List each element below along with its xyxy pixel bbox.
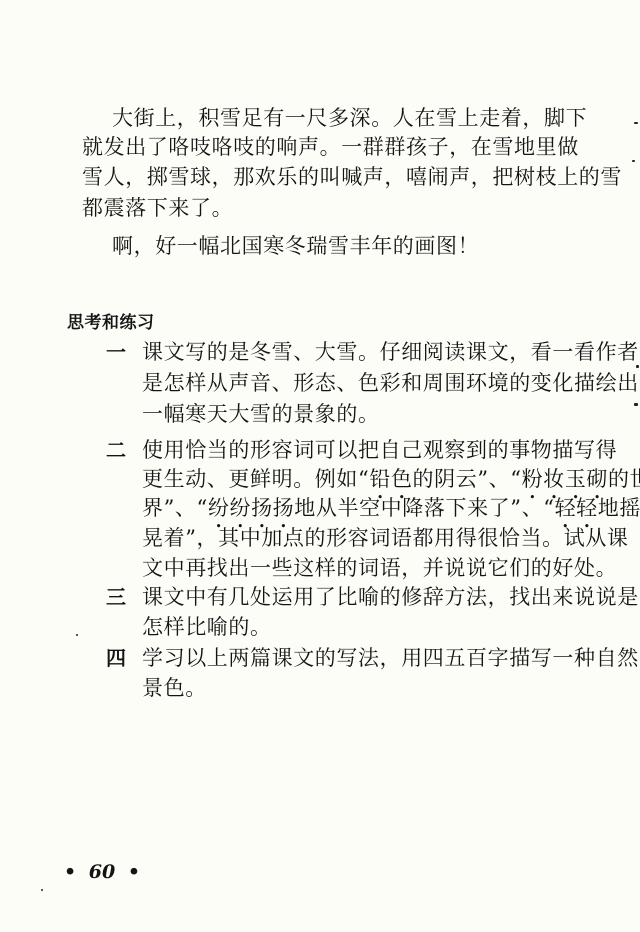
scan-speck <box>634 403 638 406</box>
exercise-line: 课文写的是冬雪、大雪。仔细阅读课文，看一看作者 <box>142 339 554 365</box>
page-number-value: 60 <box>89 861 115 883</box>
exercise-line: 是怎样从声音、形态、色彩和周围环境的变化描绘出 <box>142 370 554 396</box>
emphasized-word: 纷纷扬扬 <box>208 496 294 520</box>
passage-line: 雪人，掷雪球，那欢乐的叫喊声，嘻闹声，把树枝上的雪 <box>82 164 554 190</box>
emphasized-word: 轻轻 <box>555 496 598 520</box>
text-run: 的世 <box>608 467 640 491</box>
exercise-line: 一幅寒天大雪的景象的。 <box>142 401 380 427</box>
scan-speck <box>632 160 635 162</box>
exercise-line: 文中再找出一些这样的词语，并说说它们的好处。 <box>142 555 617 581</box>
text-run: 更生动、更鲜明。例如“ <box>142 467 369 491</box>
text-run: 的阴云”、“ <box>413 467 522 491</box>
textbook-page: 大街上，积雪足有一尺多深。人在雪上走着，脚下 就发出了咯吱咯吱的响声。一群群孩子… <box>0 0 640 932</box>
exercise-line: 学习以上两篇课文的写法，用四五百字描写一种自然 <box>142 645 554 671</box>
exercise-numeral: 二 <box>106 437 134 463</box>
emphasized-word: 粉妆玉砌 <box>522 467 608 491</box>
exercise-numeral: 一 <box>106 339 134 365</box>
page-number: • 60 • <box>64 860 140 884</box>
scan-speck <box>41 889 43 891</box>
exercise-line: 晃着”，其中加点的形容词语都用得很恰当。试从课 <box>142 525 554 551</box>
exercise-numeral: 四 <box>106 645 134 671</box>
exercise-line: 界”、“纷纷扬扬地从半空中降落下来了”、“轻轻地摇 <box>142 495 554 521</box>
passage-line: 都震落下来了。 <box>82 195 233 221</box>
scan-speck <box>634 122 638 124</box>
exercise-line: 课文中有几处运用了比喻的修辞方法，找出来说说是 <box>142 584 554 610</box>
exercise-line: 使用恰当的形容词可以把自己观察到的事物描写得 <box>142 437 554 463</box>
scan-speck <box>76 634 78 636</box>
bullet-left: • <box>64 861 76 883</box>
exercise-numeral: 三 <box>106 584 134 610</box>
exercise-line: 怎样比喻的。 <box>142 614 272 640</box>
exercises-heading: 思考和练习 <box>67 312 155 334</box>
bullet-right: • <box>128 861 140 883</box>
passage-line: 啊，好一幅北国寒冬瑞雪丰年的画图！ <box>112 233 479 259</box>
exercise-line: 景色。 <box>142 675 207 701</box>
text-run: 地摇 <box>598 496 640 520</box>
passage-line: 大街上，积雪足有一尺多深。人在雪上走着，脚下 <box>112 105 554 131</box>
text-run: 界”、“ <box>142 496 208 520</box>
passage-line: 就发出了咯吱咯吱的响声。一群群孩子，在雪地里做 <box>82 134 554 160</box>
emphasized-word: 铅色 <box>369 467 412 491</box>
scan-speck <box>636 365 639 368</box>
text-run: 地从半空中降落下来了”、“ <box>294 496 554 520</box>
exercise-line: 更生动、更鲜明。例如“铅色的阴云”、“粉妆玉砌的世 <box>142 466 554 492</box>
